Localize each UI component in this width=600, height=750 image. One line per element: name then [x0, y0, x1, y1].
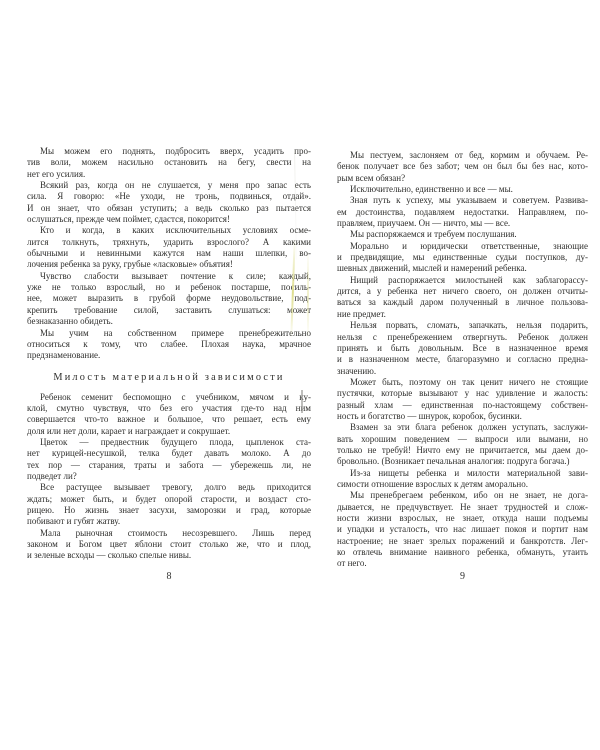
- text-line: И он знает, что обязан уступить; а ведь …: [27, 203, 311, 214]
- paragraph: Мы можем его поднять, подбросить вверх, …: [27, 146, 311, 180]
- text-line: сила. Я говорю: «Не уходи, не тронь, под…: [27, 191, 311, 202]
- text-line: нее, может выразить в грубой форме неудо…: [27, 293, 311, 304]
- paragraph: Зная путь к успеху, мы указываем и совет…: [337, 195, 588, 229]
- right-page-text: Мы пестуем, заслоняем от бед, кормим и о…: [337, 150, 588, 570]
- text-line: тех пор — старания, траты и забота — убе…: [27, 460, 311, 471]
- text-line: ние предмет.: [337, 309, 588, 320]
- text-line: пустячки, которые вызывают у нас удивлен…: [337, 388, 588, 399]
- text-line: Мы пестуем, заслоняем от бед, кормим и о…: [337, 150, 588, 161]
- paragraph: Мы пренебрегаем ребенком, ибо он не знае…: [337, 490, 588, 569]
- text-line: тив воли, можем насильно остановить на б…: [27, 157, 311, 168]
- text-line: уже не только взрослый, но и ребенок пос…: [27, 282, 311, 293]
- right-page-paragraphs: Мы пестуем, заслоняем от бед, кормим и о…: [337, 150, 588, 570]
- book-scan: Мы можем его поднять, подбросить вверх, …: [0, 0, 600, 750]
- text-line: побивают и губят жатву.: [27, 516, 311, 527]
- text-line: нет его усилия.: [27, 169, 311, 180]
- paragraph: Может быть, поэтому он так ценит ничего …: [337, 377, 588, 422]
- text-line: разный хлам — единственная по-настоящему…: [337, 400, 588, 411]
- text-line: только не требуй! Ничто ему не причитает…: [337, 445, 588, 456]
- paragraph: Чувство слабости вызывает почтение к сил…: [27, 271, 311, 328]
- left-page-text: Мы можем его поднять, подбросить вверх, …: [27, 146, 311, 562]
- text-line: ваться за каждый даром полученный в личн…: [337, 297, 588, 308]
- text-line: шевных движений, мыслей и намерений ребе…: [337, 263, 588, 274]
- paragraph: Мы распоряжаемся и требуем послушания.: [337, 229, 588, 240]
- left-page-paragraphs-bottom: Ребенок семенит беспомощно с учебником, …: [27, 392, 311, 562]
- text-line: предзнаменование.: [27, 350, 311, 361]
- text-line: и в назначенном месте, благоразумно и со…: [337, 354, 588, 365]
- text-line: от него.: [337, 558, 588, 569]
- text-line: бенок получает все без забот; чем он был…: [337, 161, 588, 172]
- text-line: нет курицей-несушкой, телка будет давать…: [27, 448, 311, 459]
- text-line: Мала рыночная стоимость несозревшего. Ли…: [27, 528, 311, 539]
- left-page-paragraphs-top: Мы можем его поднять, подбросить вверх, …: [27, 146, 311, 362]
- text-line: Нельзя порвать, сломать, запачкать, нель…: [337, 320, 588, 331]
- paragraph: Мы пестуем, заслоняем от бед, кормим и о…: [337, 150, 588, 184]
- text-line: и зеленые всходы — сколько спелые нивы.: [27, 550, 311, 561]
- page-number-left: 8: [27, 571, 311, 582]
- paragraph: Все растущее вызывает тревогу, долго вед…: [27, 482, 311, 527]
- text-line: обычными и невинными кажутся нам наши шл…: [27, 248, 311, 259]
- paragraph: Кто и когда, в каких исключительных усло…: [27, 225, 311, 270]
- paragraph: Нельзя порвать, сломать, запачкать, нель…: [337, 320, 588, 377]
- text-line: Всякий раз, когда он не слушается, у мен…: [27, 180, 311, 191]
- text-line: бровольно. (Возникает печальная аналогия…: [337, 456, 588, 467]
- text-line: Нищий распоряжается милостыней как забла…: [337, 275, 588, 286]
- text-line: и упадки и усталость, что нас лишает пок…: [337, 524, 588, 535]
- paragraph: Цветок — предвестник будущего плода, цып…: [27, 437, 311, 482]
- text-line: лится толкнуть, тряхнуть, ударить взросл…: [27, 237, 311, 248]
- text-line: рым всем обязан?: [337, 173, 588, 184]
- text-line: принять и быть довольным. Все в назначен…: [337, 343, 588, 354]
- text-line: настроение; не знает зрелых поражений и …: [337, 536, 588, 547]
- page-number-right: 9: [337, 571, 588, 582]
- text-line: симости отношение взрослых к детям амора…: [337, 479, 588, 490]
- text-line: Мы распоряжаемся и требуем послушания.: [337, 229, 588, 240]
- text-line: Из-за нищеты ребенка и милости материаль…: [337, 468, 588, 479]
- text-line: дится, а у ребенка нет ничего своего, он…: [337, 286, 588, 297]
- text-line: Исключительно, единственно и все — мы.: [337, 184, 588, 195]
- paragraph: Взамен за эти блага ребенок должен уступ…: [337, 422, 588, 467]
- text-line: Мы можем его поднять, подбросить вверх, …: [27, 146, 311, 157]
- text-line: Кто и когда, в каких исключительных усло…: [27, 225, 311, 236]
- text-line: ем достоинства, подавляем недостатки. На…: [337, 207, 588, 218]
- paragraph: Нищий распоряжается милостыней как забла…: [337, 275, 588, 320]
- paragraph: Мала рыночная стоимость несозревшего. Ли…: [27, 528, 311, 562]
- text-line: и предвидящие, мы единственные судьи пос…: [337, 252, 588, 263]
- paragraph: Морально и юридически ответственные, зна…: [337, 241, 588, 275]
- paragraph: Мы учим на собственном примере пренебреж…: [27, 328, 311, 362]
- text-line: ности жизни взрослых, не знает, откуда н…: [337, 513, 588, 524]
- text-line: совершается что-то важное и большое, что…: [27, 414, 311, 425]
- text-line: клой, смутно чувствуя, что без его участ…: [27, 403, 311, 414]
- text-line: правляем, приучаем. Он — ничто, мы — все…: [337, 218, 588, 229]
- text-line: Мы пренебрегаем ребенком, ибо он не знае…: [337, 490, 588, 501]
- text-line: безнаказанно обидеть.: [27, 316, 311, 327]
- text-line: Ребенок семенит беспомощно с учебником, …: [27, 392, 311, 403]
- text-line: доля или нет доли, карает и награждает и…: [27, 426, 311, 437]
- paragraph: Ребенок семенит беспомощно с учебником, …: [27, 392, 311, 437]
- paragraph: Исключительно, единственно и все — мы.: [337, 184, 588, 195]
- text-line: вать хорошим поведением — выпроси или вы…: [337, 434, 588, 445]
- text-line: лочения ребенка за руку, грубые «ласковы…: [27, 259, 311, 270]
- paragraph: Из-за нищеты ребенка и милости материаль…: [337, 468, 588, 491]
- text-line: Морально и юридически ответственные, зна…: [337, 241, 588, 252]
- paragraph: Всякий раз, когда он не слушается, у мен…: [27, 180, 311, 225]
- text-line: Взамен за эти блага ребенок должен уступ…: [337, 422, 588, 433]
- text-line: подведет ли?: [27, 471, 311, 482]
- text-line: дывается, не предчувствует. Не знает тру…: [337, 502, 588, 513]
- text-line: нельзя с пренебрежением отвергнуть. Ребе…: [337, 332, 588, 343]
- text-line: крепить требование силой, заставить слуш…: [27, 305, 311, 316]
- text-line: Мы учим на собственном примере пренебреж…: [27, 328, 311, 339]
- text-line: Чувство слабости вызывает почтение к сил…: [27, 271, 311, 282]
- text-line: Может быть, поэтому он так ценит ничего …: [337, 377, 588, 388]
- text-line: ждать; может быть, и будет опорой старос…: [27, 494, 311, 505]
- text-line: ослушаться, прежде чем поймет, сдастся, …: [27, 214, 311, 225]
- text-line: Все растущее вызывает тревогу, долго вед…: [27, 482, 311, 493]
- text-line: значению.: [337, 366, 588, 377]
- text-line: относиться к тому, что слабее. Плохая на…: [27, 339, 311, 350]
- section-heading: Милость материальной зависимости: [27, 371, 311, 384]
- text-line: Цветок — предвестник будущего плода, цып…: [27, 437, 311, 448]
- text-line: ность и богатство — шнурок, коробок, бус…: [337, 411, 588, 422]
- text-line: Зная путь к успеху, мы указываем и совет…: [337, 195, 588, 206]
- text-line: ко отвлечь внимание наивного ребенка, об…: [337, 547, 588, 558]
- text-line: рицею. Но жизнь знает засухи, заморозки …: [27, 505, 311, 516]
- text-line: законом и Богом цвет яблони стоит стольк…: [27, 539, 311, 550]
